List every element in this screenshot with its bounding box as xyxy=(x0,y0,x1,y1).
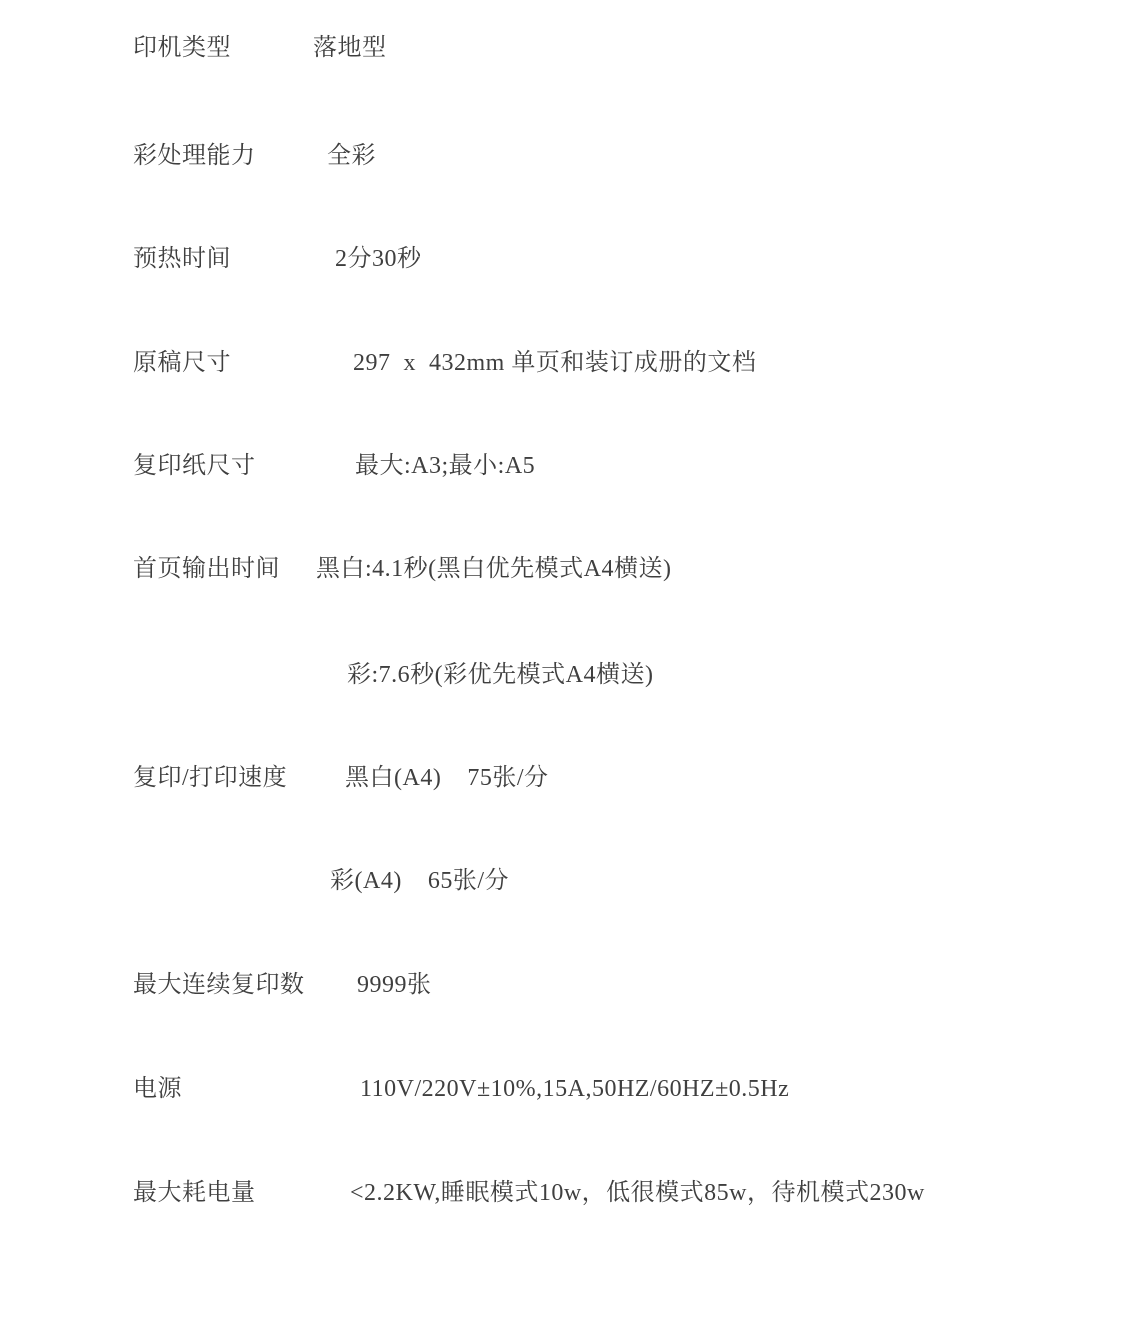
spec-label: 彩处理能力 xyxy=(133,141,256,171)
spec-row: 首页输出时间 黑白:4.1秒(黑白优先模式A4横送) xyxy=(0,554,1146,584)
spec-row: 最大耗电量 <2.2KW,睡眠模式10w，低很模式85w，待机模式230w xyxy=(0,1178,1146,1208)
spec-label: 预热时间 xyxy=(133,244,231,274)
spec-row: 原稿尺寸 297 x 432mm 单页和装订成册的文档 xyxy=(0,348,1146,378)
spec-row: 电源 110V/220V±10%,15A,50HZ/60HZ±0.5Hz xyxy=(0,1074,1146,1104)
spec-label: 电源 xyxy=(133,1074,182,1104)
spec-value: 黑白:4.1秒(黑白优先模式A4横送) xyxy=(316,554,671,584)
spec-label: 复印/打印速度 xyxy=(133,763,287,793)
spec-value: 落地型 xyxy=(313,33,387,63)
spec-label: 复印纸尺寸 xyxy=(133,451,256,481)
spec-row: 彩处理能力 全彩 xyxy=(0,141,1146,171)
spec-label: 最大连续复印数 xyxy=(133,970,305,1000)
spec-row: 印机类型 落地型 xyxy=(0,33,1146,63)
spec-value: <2.2KW,睡眠模式10w，低很模式85w，待机模式230w xyxy=(350,1178,925,1208)
spec-label: 首页输出时间 xyxy=(133,554,280,584)
spec-value: 110V/220V±10%,15A,50HZ/60HZ±0.5Hz xyxy=(360,1074,789,1104)
spec-value: 彩(A4) 65张/分 xyxy=(330,866,509,896)
spec-row: 复印/打印速度 黑白(A4) 75张/分 xyxy=(0,763,1146,793)
spec-label: 印机类型 xyxy=(133,33,231,63)
spec-row: 最大连续复印数 9999张 xyxy=(0,970,1146,1000)
spec-value: 2分30秒 xyxy=(335,244,422,274)
spec-row-continuation: 彩:7.6秒(彩优先模式A4横送) xyxy=(0,660,1146,690)
spec-row-continuation: 彩(A4) 65张/分 xyxy=(0,866,1146,896)
spec-value: 297 x 432mm 单页和装订成册的文档 xyxy=(353,348,756,378)
spec-label: 原稿尺寸 xyxy=(133,348,231,378)
spec-value: 最大:A3;最小:A5 xyxy=(355,451,535,481)
spec-label: 最大耗电量 xyxy=(133,1178,256,1208)
spec-value: 9999张 xyxy=(357,970,432,1000)
spec-row: 预热时间 2分30秒 xyxy=(0,244,1146,274)
spec-value: 黑白(A4) 75张/分 xyxy=(345,763,548,793)
spec-value: 全彩 xyxy=(327,141,376,171)
spec-value: 彩:7.6秒(彩优先模式A4横送) xyxy=(347,660,653,690)
spec-row: 复印纸尺寸 最大:A3;最小:A5 xyxy=(0,451,1146,481)
printer-spec-sheet: 印机类型 落地型 彩处理能力 全彩 预热时间 2分30秒 原稿尺寸 297 x … xyxy=(0,0,1146,1318)
